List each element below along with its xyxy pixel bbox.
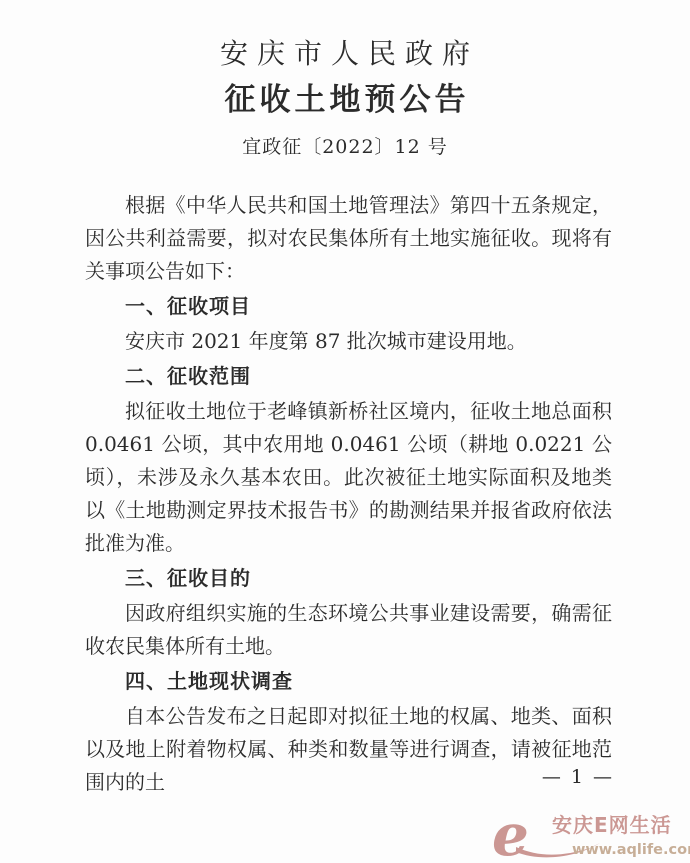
section-paragraph-1: 安庆市 2021 年度第 87 批次城市建设用地。 [85,325,612,358]
section-paragraph-4: 自本公告发布之日起即对拟征土地的权属、地类、面积以及地上附着物权属、种类和数量等… [85,700,612,799]
watermark-site-name: 安庆E网生活 [552,813,672,837]
section-paragraph-3: 因政府组织实施的生态环境公共事业建设需要，确需征收农民集体所有土地。 [85,597,612,663]
watermark-site-url: www.aqlife.com [572,842,690,858]
section-heading-3: 三、征收目的 [85,562,612,595]
section-heading-4: 四、土地现状调查 [85,665,612,698]
aqlife-e-logo-icon: e 安庆E网生活 www.aqlife.com [490,805,690,861]
document-subtitle: 征收土地预公告 [0,81,690,119]
document-number: 宜政征〔2022〕12 号 [0,132,690,159]
document-title: 安庆市人民政府 [0,0,690,72]
section-heading-2: 二、征收范围 [85,360,612,393]
watermark: e 安庆E网生活 www.aqlife.com [490,805,690,861]
section-heading-1: 一、征收项目 [85,290,612,323]
document-body: 根据《中华人民共和国土地管理法》第四十五条规定，因公共利益需要，拟对农民集体所有… [85,189,612,799]
page-number: — 1 — [542,766,614,788]
intro-paragraph: 根据《中华人民共和国土地管理法》第四十五条规定，因公共利益需要，拟对农民集体所有… [85,189,612,288]
section-paragraph-2: 拟征收土地位于老峰镇新桥社区境内，征收土地总面积 0.0461 公顷，其中农用地… [85,395,612,560]
document-page: 安庆市人民政府 征收土地预公告 宜政征〔2022〕12 号 根据《中华人民共和国… [0,0,690,863]
